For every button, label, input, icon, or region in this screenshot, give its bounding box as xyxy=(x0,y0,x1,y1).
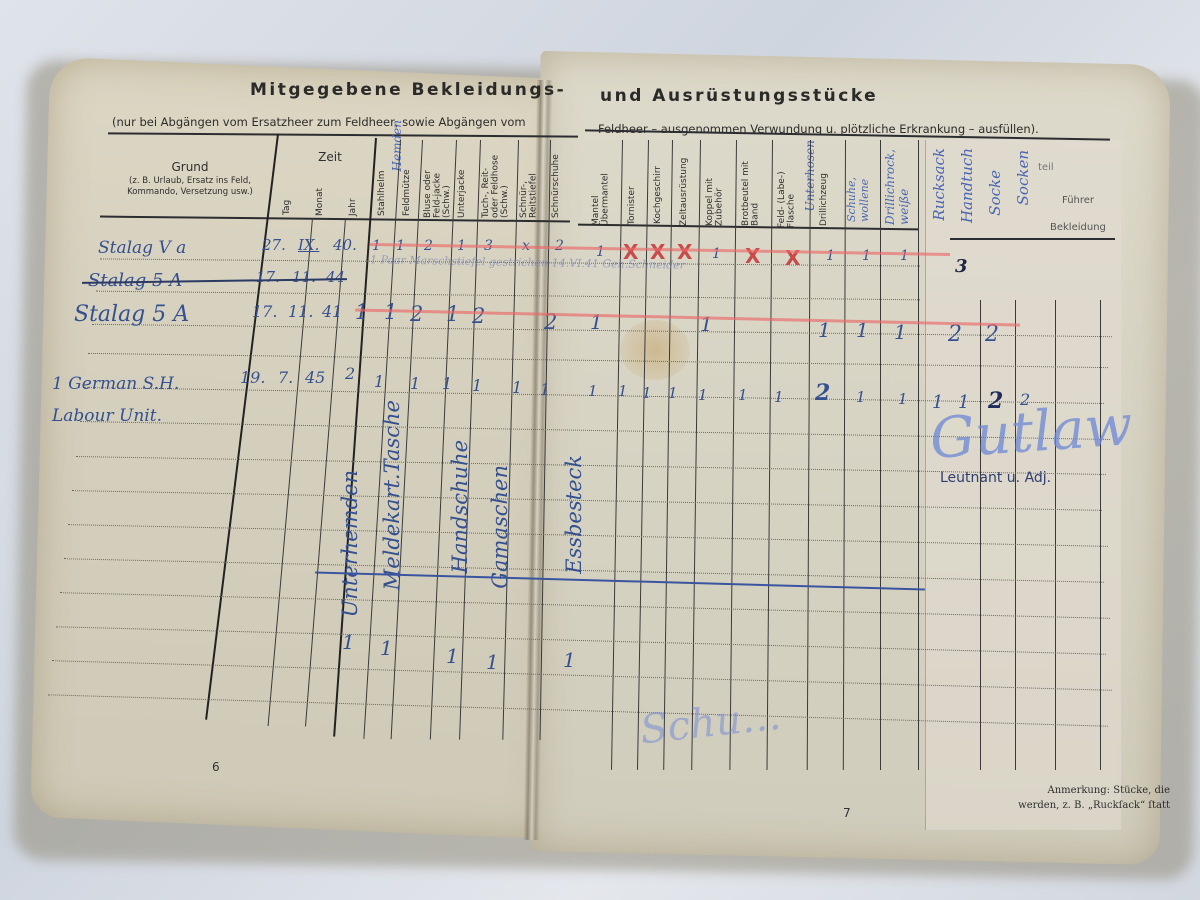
row4-rval: 1 xyxy=(774,388,784,406)
col-item-stahlhelm: Stahlhelm xyxy=(378,148,387,216)
handwritten-rucksack: Rucksack xyxy=(930,148,948,221)
row1-rval-x: X xyxy=(677,240,692,264)
col-monat: Monat xyxy=(316,178,325,216)
paper-stain xyxy=(620,320,690,380)
row4-val: 1 xyxy=(512,378,522,397)
row4-val: 1 xyxy=(472,376,482,395)
col-item-drillichzeug: Drillichzeug xyxy=(820,160,829,226)
handwritten-socke: Socke xyxy=(986,170,1004,216)
page-number-left: 6 xyxy=(212,760,220,774)
col-divider xyxy=(918,140,919,770)
row3-val: 2 xyxy=(410,302,423,326)
row3-grund: Stalag 5 A xyxy=(74,302,189,327)
col-item-unterjacke: Unterjacke xyxy=(458,160,467,218)
row4-rval: 1 xyxy=(856,388,866,406)
extra-item-unterhemden: Unterhemden xyxy=(338,470,362,617)
extra-item-handschuhe: Handschuhe xyxy=(448,440,472,573)
extra-item-gamaschen: Gamaschen xyxy=(488,465,512,589)
row4-rval: 1 xyxy=(738,386,748,404)
extra-qty: 1 xyxy=(486,650,499,674)
row4-rval: 1 xyxy=(588,382,598,400)
row4-monat: 7. xyxy=(278,368,293,387)
col-divider xyxy=(1055,300,1056,770)
col-item-koppel: Koppel mit Zubehör xyxy=(706,158,725,226)
col-item-schnuerschuhe: Schnürschuhe xyxy=(552,160,561,218)
row1-rval-x: X xyxy=(745,244,760,268)
col-item-zeltausruestung: Zeltausrüstung xyxy=(680,150,689,226)
subtitle-left: (nur bei Abgängen vom Ersatzheer zum Fel… xyxy=(112,115,526,129)
handwritten-drillichrock: Drillichrock, weiße xyxy=(883,145,911,225)
extra-qty: 1 xyxy=(563,648,576,672)
zeit-header: Zeit xyxy=(300,150,360,164)
title-left: Mitgegebene Bekleidungs- xyxy=(250,80,566,100)
col-item-tornister: Tornister xyxy=(628,165,637,225)
row1-monat: IX. xyxy=(298,236,319,254)
row4-val: 1 xyxy=(410,374,420,393)
row1-rval-x: X xyxy=(623,240,638,264)
col-item-feldmuetze: Feldmütze xyxy=(403,160,412,216)
row3-val: 1 xyxy=(446,302,459,326)
row4-val: 2 xyxy=(345,364,355,383)
row1-overlay-val: 3 xyxy=(955,256,968,277)
col-item-stiefel: Schnür-, Reitstiefel xyxy=(520,160,539,218)
col-item-hose: Tuch-, Reit- oder Feldhose (Schw.) xyxy=(482,148,510,218)
row2-jahr: 44 xyxy=(326,268,345,286)
overlay-rule xyxy=(950,238,1115,240)
footnote-line-2: werden, z. B. „Ruckſack“ ſtatt xyxy=(955,800,1170,811)
row2-tag: 17. xyxy=(256,268,280,286)
col-divider xyxy=(880,140,881,770)
row1-rval-x: X xyxy=(650,240,665,264)
row4-val: 1 xyxy=(442,374,452,393)
col-item-feldflasche: Feld- (Labe-) Flasche xyxy=(778,150,797,228)
footnote-line-1: Anmerkung: Stücke, die xyxy=(955,785,1170,796)
row3-overlay-val: 2 xyxy=(948,322,962,347)
grund-header: Grund xyxy=(120,160,260,174)
row3-val: 2 xyxy=(472,304,485,328)
row4-rval: 1 xyxy=(668,384,678,402)
grund-hint: (z. B. Urlaub, Ersatz ins Feld, Kommando… xyxy=(105,176,275,198)
col-item-brotbeutel: Brotbeutel mit Band xyxy=(742,148,761,226)
row3-jahr: 41 xyxy=(322,302,342,321)
title-right: und Ausrüstungsstücke xyxy=(600,86,878,106)
col-item-bluse: Bluse oder Feld-jacke (Schw.) xyxy=(424,150,452,218)
row1-grund: Stalag V a xyxy=(98,238,186,258)
row4-rval: 1 xyxy=(898,390,908,408)
signature-rank: Leutnant u. Adj. xyxy=(940,470,1051,486)
handwritten-hemden: Hemden xyxy=(390,120,404,171)
row3-tag: 17. xyxy=(252,302,277,321)
extra-qty: 1 xyxy=(342,630,355,654)
row1-jahr: 40. xyxy=(333,236,357,254)
handwritten-schuhe: Schuhe, wollene xyxy=(845,160,871,222)
row1-rval: 1 xyxy=(900,248,909,264)
col-tag: Tag xyxy=(283,185,292,215)
col-jahr: Jahr xyxy=(349,190,358,216)
row4-rval: 1 xyxy=(698,386,708,404)
row3-monat: 11. xyxy=(288,302,313,321)
col-item-mantel: Mantel Übermantel xyxy=(592,160,611,226)
row4-val: 1 xyxy=(540,380,550,399)
row4-tag: 19. xyxy=(240,368,265,387)
col-divider xyxy=(1100,300,1101,770)
col-divider xyxy=(1015,300,1016,770)
row2-monat: 11. xyxy=(292,268,316,286)
overlay-fragment-teil: teil xyxy=(1038,162,1054,173)
extra-qty: 1 xyxy=(380,636,393,660)
row1-tag: 27. xyxy=(262,236,286,254)
row3-val: 1 xyxy=(355,300,368,324)
row4-jahr: 45 xyxy=(305,368,325,387)
col-item-kochgeschirr: Kochgeschirr xyxy=(654,158,663,224)
row4-rval: 1 xyxy=(618,382,628,400)
overlay-fragment-bekleidung: Bekleidung xyxy=(1050,222,1106,233)
extra-qty: 1 xyxy=(446,644,459,668)
row4-grund: 1 German S.H. Labour Unit. xyxy=(52,368,222,433)
extra-item-meldekarttasche: Meldekart.Tasche xyxy=(380,400,404,590)
page-number-right: 7 xyxy=(843,806,851,820)
handwritten-handtuch: Handtuch xyxy=(958,148,976,223)
handwritten-socken: Socken xyxy=(1014,150,1032,205)
row4-val: 1 xyxy=(374,372,384,391)
row4-rval: 2 xyxy=(815,380,830,406)
overlay-fragment-fuehrer: Führer xyxy=(1062,195,1094,206)
col-divider xyxy=(980,300,981,770)
extra-item-essbesteck: Essbesteck xyxy=(562,455,586,574)
row4-rval: 1 xyxy=(642,384,652,402)
row1-rval: 1 xyxy=(862,248,871,264)
